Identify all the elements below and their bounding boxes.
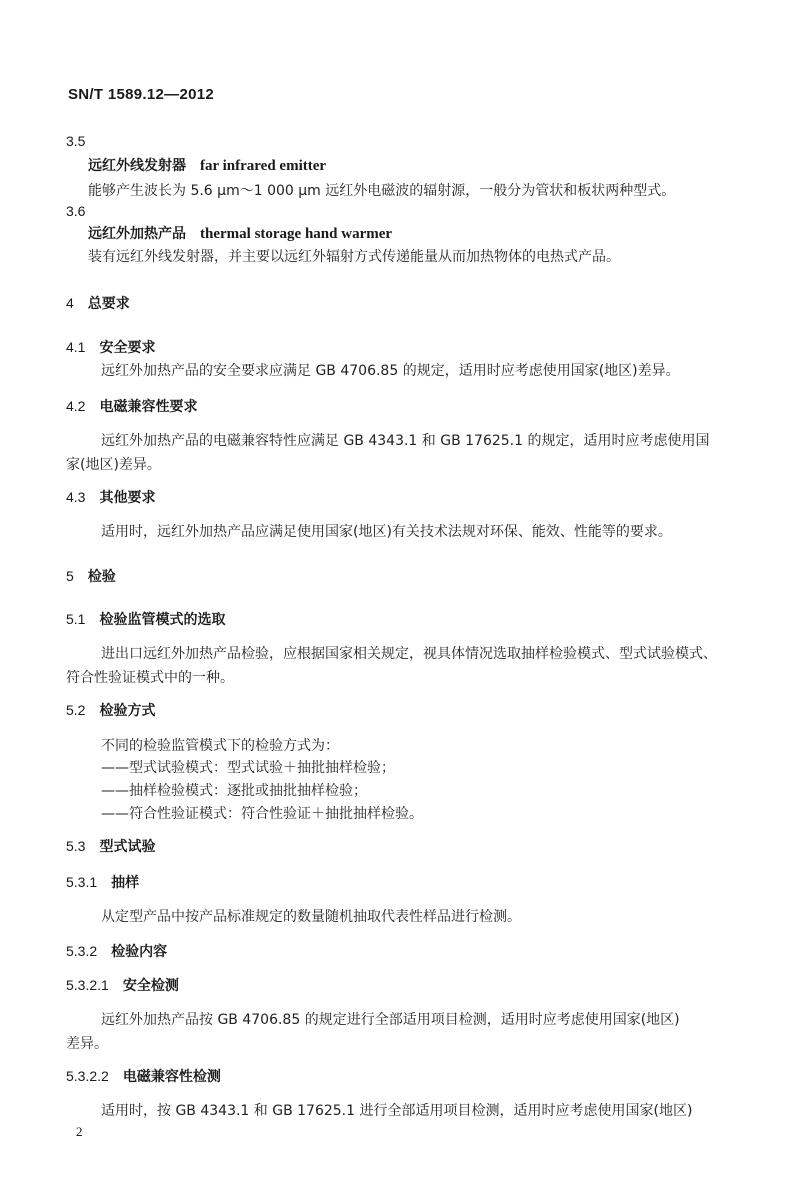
section-heading-4: 4总要求 — [66, 293, 130, 313]
paragraph-continuation: 差异。 — [66, 1033, 108, 1053]
section-number: 5.1 — [66, 611, 85, 627]
section-title: 检验监管模式的选取 — [99, 612, 225, 628]
paragraph: 远红外加热产品按 GB 4706.85 的规定进行全部适用项目检测，适用时应考虑… — [101, 1009, 680, 1029]
paragraph: 远红外加热产品的安全要求应满足 GB 4706.85 的规定，适用时应考虑使用国… — [101, 360, 680, 380]
section-number: 5.3.2 — [66, 943, 97, 959]
section-heading-5-3-1: 5.3.1抽样 — [66, 872, 139, 892]
section-title: 电磁兼容性检测 — [123, 1069, 221, 1085]
list-item: ——符合性验证模式：符合性验证＋抽批抽样检验。 — [101, 803, 423, 823]
section-number: 4.1 — [66, 339, 85, 355]
section-title: 检验方式 — [99, 703, 155, 719]
section-heading-4-3: 4.3其他要求 — [66, 487, 155, 507]
section-number: 5.3.1 — [66, 874, 97, 890]
section-number: 4 — [66, 295, 74, 311]
section-title: 安全检测 — [123, 978, 179, 994]
term-zh: 远红外线发射器 — [88, 158, 186, 174]
term-en: far infrared emitter — [200, 158, 326, 174]
section-title: 检验 — [88, 569, 116, 585]
term-heading: 远红外加热产品thermal storage hand warmer — [88, 223, 392, 243]
section-title: 总要求 — [88, 296, 130, 312]
section-heading-5-3-2: 5.3.2检验内容 — [66, 941, 167, 961]
section-heading-5: 5检验 — [66, 566, 116, 586]
term-en: thermal storage hand warmer — [200, 226, 392, 242]
term-number: 3.6 — [66, 203, 85, 219]
section-heading-5-3-2-2: 5.3.2.2电磁兼容性检测 — [66, 1066, 221, 1086]
section-heading-4-1: 4.1安全要求 — [66, 337, 155, 357]
section-title: 电磁兼容性要求 — [99, 399, 197, 415]
section-number: 5.3.2.2 — [66, 1068, 109, 1084]
paragraph: 适用时，按 GB 4343.1 和 GB 17625.1 进行全部适用项目检测，… — [101, 1100, 692, 1120]
list-item: ——抽样检验模式：逐批或抽批抽样检验； — [101, 780, 367, 800]
section-number: 5.2 — [66, 702, 85, 718]
section-title: 抽样 — [111, 875, 139, 891]
paragraph: 从定型产品中按产品标准规定的数量随机抽取代表性样品进行检测。 — [101, 906, 521, 926]
list-intro: 不同的检验监管模式下的检验方式为： — [101, 735, 339, 755]
list-item: ——型式试验模式：型式试验＋抽批抽样检验； — [101, 757, 395, 777]
section-heading-5-1: 5.1检验监管模式的选取 — [66, 609, 225, 629]
standard-code: SN/T 1589.12—2012 — [68, 86, 214, 103]
term-definition: 能够产生波长为 5.6 μm～1 000 μm 远红外电磁波的辐射源，一般分为管… — [88, 180, 675, 200]
paragraph-continuation: 家(地区)差异。 — [66, 454, 161, 474]
term-heading: 远红外线发射器far infrared emitter — [88, 155, 326, 175]
section-heading-5-3-2-1: 5.3.2.1安全检测 — [66, 975, 179, 995]
section-number: 5.3.2.1 — [66, 977, 109, 993]
section-number: 5 — [66, 568, 74, 584]
section-heading-5-2: 5.2检验方式 — [66, 700, 155, 720]
paragraph: 进出口远红外加热产品检验，应根据国家相关规定，视具体情况选取抽样检验模式、型式试… — [101, 643, 717, 663]
term-zh: 远红外加热产品 — [88, 226, 186, 242]
paragraph: 适用时，远红外加热产品应满足使用国家(地区)有关技术法规对环保、能效、性能等的要… — [101, 521, 672, 541]
section-title: 检验内容 — [111, 944, 167, 960]
term-number: 3.5 — [66, 133, 85, 149]
section-number: 5.3 — [66, 838, 85, 854]
section-number: 4.2 — [66, 398, 85, 414]
page-number: 2 — [76, 1124, 83, 1140]
paragraph: 远红外加热产品的电磁兼容特性应满足 GB 4343.1 和 GB 17625.1… — [101, 430, 710, 450]
document-page: SN/T 1589.12—2012 3.5 远红外线发射器far infrare… — [0, 0, 795, 1200]
section-number: 4.3 — [66, 489, 85, 505]
section-heading-4-2: 4.2电磁兼容性要求 — [66, 396, 197, 416]
section-title: 安全要求 — [99, 340, 155, 356]
section-title: 型式试验 — [99, 839, 155, 855]
section-heading-5-3: 5.3型式试验 — [66, 836, 155, 856]
section-title: 其他要求 — [99, 490, 155, 506]
paragraph-continuation: 符合性验证模式中的一种。 — [66, 667, 234, 687]
term-definition: 装有远红外线发射器，并主要以远红外辐射方式传递能量从而加热物体的电热式产品。 — [88, 246, 620, 266]
